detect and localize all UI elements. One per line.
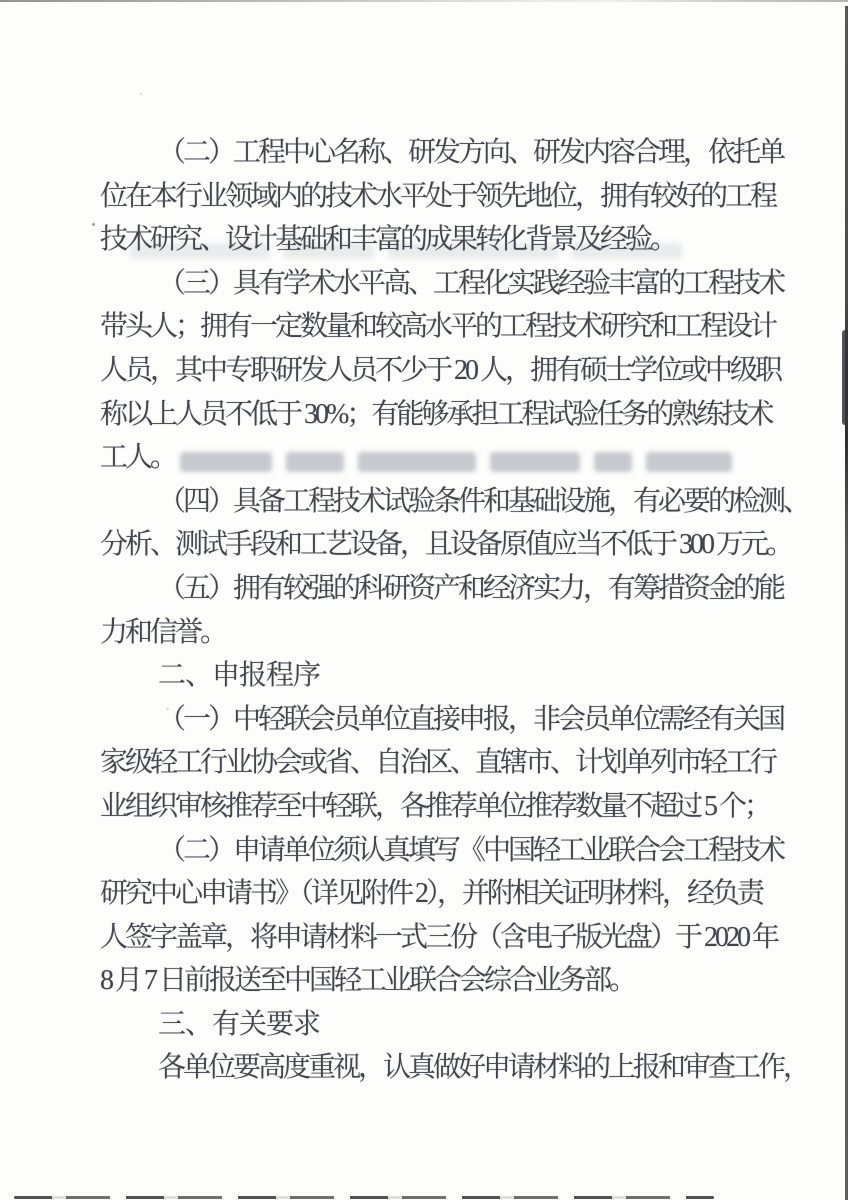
- text-line: （一）中轻联会员单位直接申报，非会员单位需经有关国: [100, 698, 768, 742]
- text-line: 技术研究、设计基础和丰富的成果转化背景及经验。: [100, 218, 768, 262]
- scan-edge-bottom: [14, 1196, 714, 1199]
- text-line: 各单位要高度重视，认真做好申请材料的上报和审查工作，: [100, 1046, 768, 1090]
- text-line: 分析、测试手段和工艺设备，且设备原值应当不低于 300 万元。: [100, 523, 768, 567]
- text-line: （三）具有学术水平高、工程化实践经验丰富的工程技术: [100, 262, 768, 306]
- scan-edge-right-bump: [842, 330, 848, 425]
- text-line: （二）申请单位须认真填写《中国轻工业联合会工程技术: [100, 829, 768, 873]
- text-line: 8 月 7 日前报送至中国轻工业联合会综合业务部。: [100, 959, 768, 1003]
- text-line: 人签字盖章，将申请材料一式三份（含电子版光盘）于 2020 年: [100, 916, 768, 960]
- scanned-document-page: （二）工程中心名称、研发方向、研发内容合理，依托单位在本行业领域内的技术水平处于…: [0, 0, 848, 1200]
- text-line: 研究中心申请书》（详见附件 2），并附相关证明材料，经负责: [100, 872, 768, 916]
- text-line: 工人。: [100, 436, 768, 480]
- text-line: 带头人；拥有一定数量和较高水平的工程技术研究和工程设计: [100, 305, 768, 349]
- scan-edge-top: [0, 0, 848, 2]
- text-line: （四）具备工程技术试验条件和基础设施，有必要的检测、: [100, 480, 768, 524]
- text-line: 人员，其中专职研发人员不少于 20 人，拥有硕士学位或中级职: [100, 349, 768, 393]
- document-body: （二）工程中心名称、研发方向、研发内容合理，依托单位在本行业领域内的技术水平处于…: [100, 131, 768, 1090]
- text-line: （五）拥有较强的科研资产和经济实力，有筹措资金的能: [100, 567, 768, 611]
- text-line: （二）工程中心名称、研发方向、研发内容合理，依托单: [100, 131, 768, 175]
- text-line: 力和信誉。: [100, 611, 768, 655]
- text-line: 家级轻工行业协会或省、自治区、直辖市、计划单列市轻工行: [100, 741, 768, 785]
- section-heading: 二、申报程序: [100, 654, 768, 698]
- dust-speck: [140, 93, 142, 95]
- text-line: 位在本行业领域内的技术水平处于领先地位，拥有较好的工程: [100, 175, 768, 219]
- section-heading: 三、有关要求: [100, 1003, 768, 1047]
- dust-speck: [92, 223, 95, 226]
- text-line: 称以上人员不低于 30%；有能够承担工程试验任务的熟练技术: [100, 393, 768, 437]
- text-line: 业组织审核推荐至中轻联，各推荐单位推荐数量不超过 5 个；: [100, 785, 768, 829]
